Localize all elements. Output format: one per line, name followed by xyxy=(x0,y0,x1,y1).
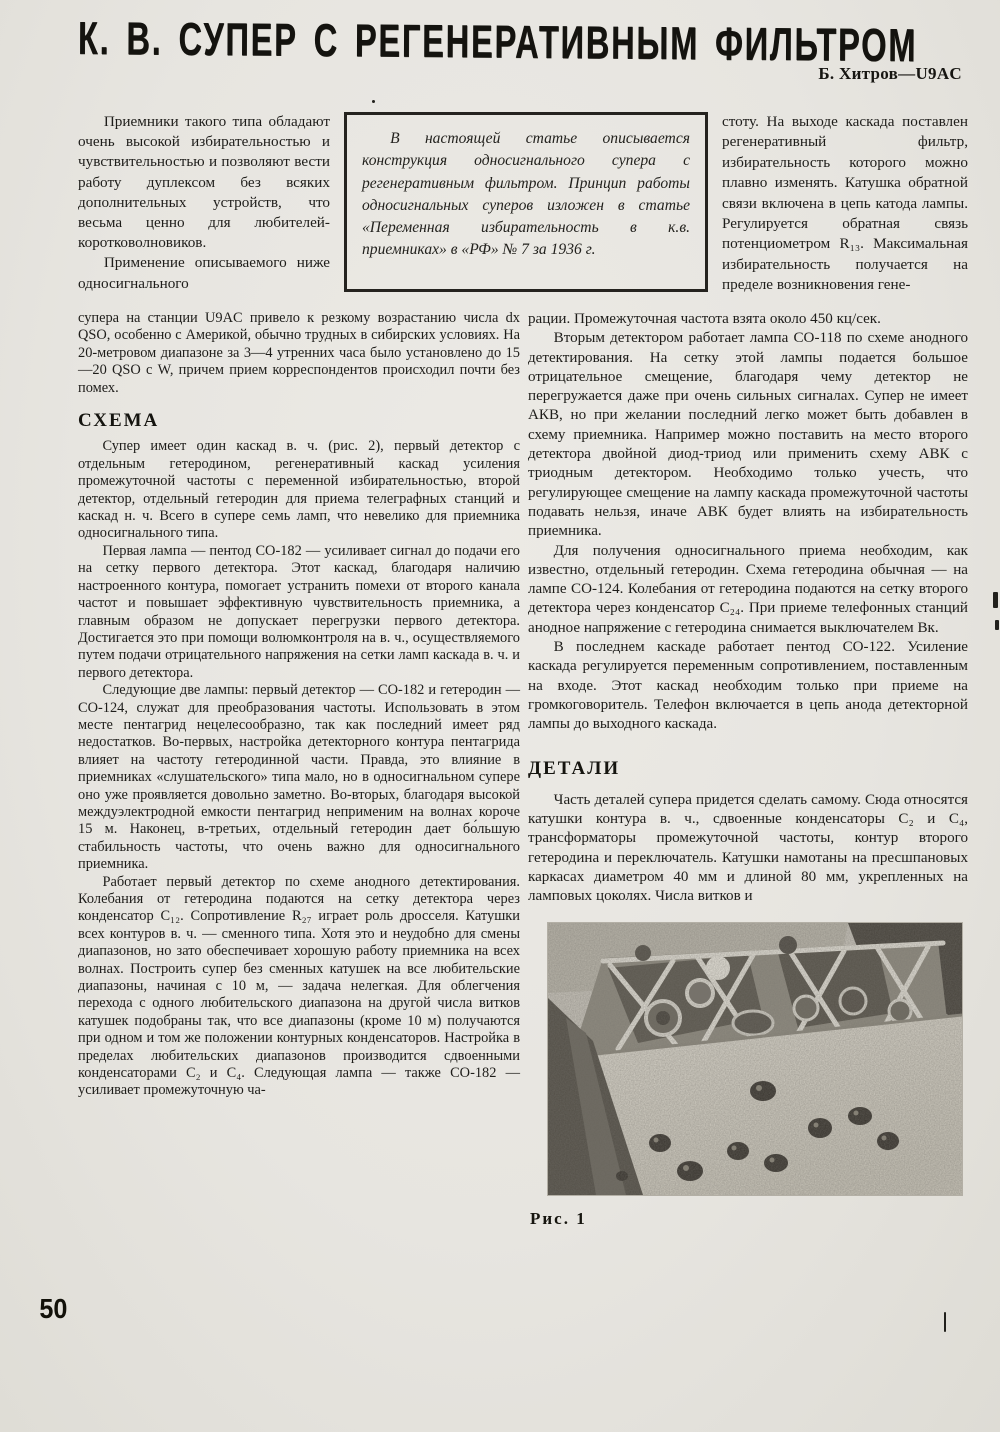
figure-photo xyxy=(548,923,962,1195)
scan-artifact xyxy=(944,1312,946,1332)
schema-heading: СХЕМА xyxy=(78,412,520,429)
paragraph: супера на станции U9AC привело к резкому… xyxy=(78,310,520,397)
intro-paragraph: Приемники такого типа обладают очень выс… xyxy=(78,112,330,253)
figure-1: Рис. 1 xyxy=(528,923,968,1228)
article-body: супера на станции U9AC привело к резкому… xyxy=(78,310,968,1228)
intro-left-column: Приемники такого типа обладают очень выс… xyxy=(78,112,330,294)
details-heading: ДЕТАЛИ xyxy=(528,759,968,778)
paragraph: В последнем каскаде работает пентод СО-1… xyxy=(528,638,968,734)
abstract-box: В настоящей статье описывается конструкц… xyxy=(344,112,708,292)
paragraph: Первая лампа — пентод СО-182 — усиливает… xyxy=(78,543,520,682)
intro-right-column: стоту. На выходе каскада поставлен реген… xyxy=(722,112,968,296)
paragraph: Супер имеет один каскад в. ч. (рис. 2), … xyxy=(78,438,520,542)
paragraph: Работает первый детектор по схеме анодно… xyxy=(78,874,520,1100)
paragraph: рации. Промежуточная частота взята около… xyxy=(528,310,968,329)
intro-row: Приемники такого типа обладают очень выс… xyxy=(78,112,968,296)
page-number: 50 xyxy=(39,1294,67,1326)
article-title: К. В. СУПЕР С РЕГЕНЕРАТИВНЫМ ФИЛЬТРОМ xyxy=(78,16,917,70)
paragraph: Вторым детектором работает лампа СО-118 … xyxy=(528,329,968,541)
figure-caption: Рис. 1 xyxy=(530,1209,968,1228)
intro-paragraph: Применение описываемого ниже односигналь… xyxy=(78,253,330,293)
left-column: супера на станции U9AC привело к резкому… xyxy=(78,310,520,1100)
paragraph: Следующие две лампы: первый детектор — С… xyxy=(78,682,520,873)
paragraph: Для получения односигнального приема нео… xyxy=(528,542,968,638)
right-column: рации. Промежуточная частота взята около… xyxy=(528,310,968,1228)
scan-artifact xyxy=(372,100,375,103)
abstract-text: В настоящей статье описывается конструкц… xyxy=(362,128,690,262)
scan-artifact xyxy=(993,592,998,608)
magazine-page: К. В. СУПЕР С РЕГЕНЕРАТИВНЫМ ФИЛЬТРОМ Б.… xyxy=(0,0,1000,1432)
paragraph: Часть деталей супера придется сделать са… xyxy=(528,791,968,907)
intro-paragraph: стоту. На выходе каскада поставлен реген… xyxy=(722,112,968,296)
author-byline: Б. Хитров—U9AC xyxy=(818,64,962,84)
scan-artifact xyxy=(995,620,999,630)
